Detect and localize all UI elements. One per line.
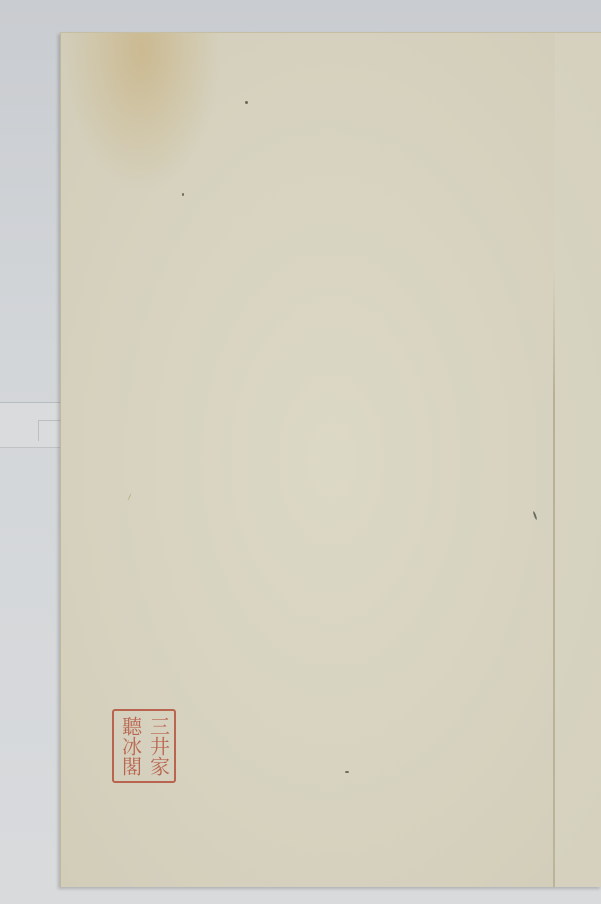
paper-speck (345, 771, 349, 773)
paper-speck (182, 193, 184, 196)
paper-speck (245, 101, 248, 104)
paper-speck (533, 511, 538, 520)
page-right-margin (555, 33, 601, 887)
document-page: 三井家 聽冰閣 (60, 32, 601, 887)
paper-speck (127, 493, 131, 501)
collector-seal: 三井家 聽冰閣 (112, 709, 176, 783)
seal-column-left: 聽冰閣 (120, 713, 141, 779)
seal-column-right: 三井家 (148, 713, 169, 779)
page-fold-line (553, 273, 555, 887)
